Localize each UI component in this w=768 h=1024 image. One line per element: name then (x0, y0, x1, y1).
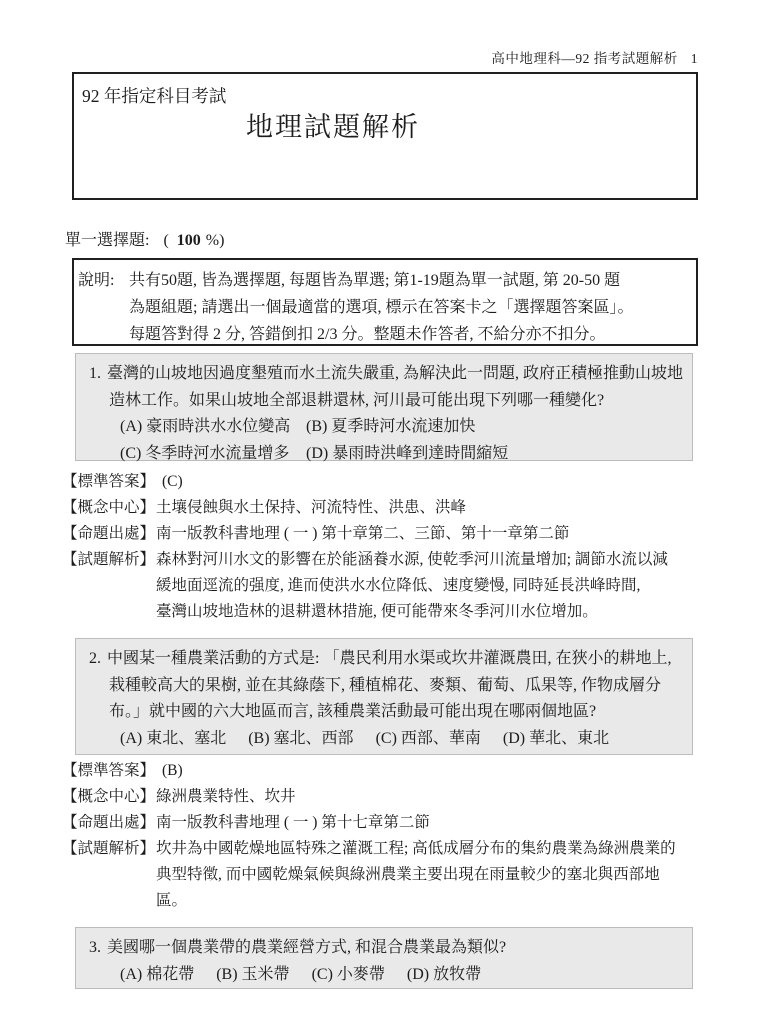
concept-label: 【概念中心】 (62, 784, 156, 810)
title-box: 92 年指定科目考試 地理試題解析 (72, 72, 698, 200)
question-2-text: 中國某一種農業活動的方式是: 「農民利用水渠或坎井灌溉農田, 在狹小的耕地上, (107, 650, 671, 667)
document-title: 地理試題解析 (246, 105, 420, 144)
question-1-line: 造林工作。如果山坡地全部退耕還林, 河川最可能出現下列哪一種變化? (76, 388, 692, 415)
analysis-line: 緩地面逕流的强度, 進而使洪水水位降低、速度變慢, 同時延長洪峰時間, (156, 573, 714, 599)
instructions-box: 說明: 共有50題, 皆為選擇題, 每題皆為單選; 第1-19題為單一試題, 第… (72, 258, 698, 346)
source-label: 【命題出處】 (62, 521, 156, 547)
source-value: 南一版教科書地理 ( 一 ) 第十七章第二節 (156, 810, 714, 836)
question-1: 1.臺灣的山坡地因過度墾殖而水土流失嚴重, 為解決此一問題, 政府正積極推動山坡… (75, 353, 693, 461)
analysis-row: 【試題解析】 森林對河川水文的影響在於能涵養水源, 使乾季河川流量增加; 調節水… (62, 547, 714, 625)
option-d: (D) 華北、東北 (503, 730, 609, 747)
question-2-options-row: (A) 東北、塞北(B) 塞北、西部(C) 西部、華南(D) 華北、東北 (76, 726, 692, 753)
page-number: 1 (691, 51, 698, 66)
question-3: 3.美國哪一個農業帶的農業經營方式, 和混合農業最為類似? (A) 棉花帶(B)… (75, 927, 693, 989)
running-header-title: 高中地理科—92 指考試題解析 (491, 51, 677, 66)
analysis-label: 【試題解析】 (62, 547, 156, 573)
concept-row: 【概念中心】 土壤侵蝕與水土保持、河流特性、洪患、洪峰 (62, 495, 714, 521)
instructions-label: 說明: (78, 267, 116, 294)
standard-answer-row: 【標準答案】 (B) (62, 758, 714, 784)
question-1-options-row: (C) 冬季時河水流量增多(D) 暴雨時洪峰到達時間縮短 (76, 441, 692, 468)
question-3-line: 3.美國哪一個農業帶的農業經營方式, 和混合農業最為類似? (76, 935, 692, 962)
option-c: (C) 冬季時河水流量增多 (120, 441, 306, 468)
concept-label: 【概念中心】 (62, 495, 156, 521)
question-3-text: 美國哪一個農業帶的農業經營方式, 和混合農業最為類似? (107, 939, 506, 956)
option-d: (D) 暴雨時洪峰到達時間縮短 (306, 445, 508, 462)
question-2-line: 2.中國某一種農業活動的方式是: 「農民利用水渠或坎井灌溉農田, 在狹小的耕地上… (76, 646, 692, 673)
option-a: (A) 東北、塞北 (120, 730, 226, 747)
option-c: (C) 小麥帶 (312, 966, 385, 983)
section-paren-close: %) (206, 232, 225, 249)
standard-answer-value: (B) (156, 758, 714, 784)
answer-block-2: 【標準答案】 (B) 【概念中心】 綠洲農業特性、坎井 【命題出處】 南一版教科… (62, 758, 714, 914)
concept-value: 土壤侵蝕與水土保持、河流特性、洪患、洪峰 (156, 495, 714, 521)
section-heading: 單一選擇題:(100%) (65, 227, 224, 250)
question-2-line: 布。」就中國的六大地區而言, 該種農業活動最可能出現在哪兩個地區? (76, 699, 692, 726)
analysis-line: 臺灣山坡地造林的退耕還林措施, 便可能帶來冬季河川水位增加。 (156, 599, 714, 625)
source-label: 【命題出處】 (62, 810, 156, 836)
document-page: 高中地理科—92 指考試題解析1 92 年指定科目考試 地理試題解析 單一選擇題… (0, 0, 768, 1024)
standard-answer-row: 【標準答案】 (C) (62, 469, 714, 495)
source-row: 【命題出處】 南一版教科書地理 ( 一 ) 第十七章第二節 (62, 810, 714, 836)
analysis-line: 森林對河川水文的影響在於能涵養水源, 使乾季河川流量增加; 調節水流以減 (156, 547, 714, 573)
question-1-line: 1.臺灣的山坡地因過度墾殖而水土流失嚴重, 為解決此一問題, 政府正積極推動山坡… (76, 361, 692, 388)
answer-block-1: 【標準答案】 (C) 【概念中心】 土壤侵蝕與水土保持、河流特性、洪患、洪峰 【… (62, 469, 714, 625)
analysis-line: 典型特徵, 而中國乾燥氣候與綠洲農業主要出現在雨量較少的塞北與西部地 (156, 862, 714, 888)
section-label: 單一選擇題: (65, 232, 149, 249)
section-score: 100 (177, 232, 201, 249)
question-2: 2.中國某一種農業活動的方式是: 「農民利用水渠或坎井灌溉農田, 在狹小的耕地上… (75, 638, 693, 755)
option-b: (B) 塞北、西部 (248, 730, 353, 747)
analysis-row: 【試題解析】 坎井為中國乾燥地區特殊之灌溉工程; 高低成層分布的集約農業為綠洲農… (62, 836, 714, 914)
option-a: (A) 豪雨時洪水水位變高 (120, 414, 306, 441)
analysis-line: 坎井為中國乾燥地區特殊之灌溉工程; 高低成層分布的集約農業為綠洲農業的 (156, 836, 714, 862)
option-b: (B) 夏季時河水流速加快 (306, 418, 475, 435)
concept-row: 【概念中心】 綠洲農業特性、坎井 (62, 784, 714, 810)
question-1-number: 1. (89, 365, 101, 382)
concept-value: 綠洲農業特性、坎井 (156, 784, 714, 810)
source-value: 南一版教科書地理 ( 一 ) 第十章第二、三節、第十一章第二節 (156, 521, 714, 547)
question-3-options-row: (A) 棉花帶(B) 玉米帶(C) 小麥帶(D) 放牧帶 (76, 962, 692, 989)
standard-answer-label: 【標準答案】 (62, 469, 156, 495)
option-c: (C) 西部、華南 (376, 730, 481, 747)
instructions-line: 共有50題, 皆為選擇題, 每題皆為單選; 第1-19題為單一試題, 第 20-… (129, 267, 688, 294)
analysis-label: 【試題解析】 (62, 836, 156, 862)
analysis-text: 森林對河川水文的影響在於能涵養水源, 使乾季河川流量增加; 調節水流以減 緩地面… (156, 547, 714, 625)
instructions-text: 共有50題, 皆為選擇題, 每題皆為單選; 第1-19題為單一試題, 第 20-… (129, 267, 688, 348)
option-d: (D) 放牧帶 (407, 966, 481, 983)
question-3-number: 3. (89, 939, 101, 956)
running-header: 高中地理科—92 指考試題解析1 (0, 47, 698, 67)
question-2-number: 2. (89, 650, 101, 667)
section-paren-open: ( (163, 232, 168, 249)
analysis-line: 區。 (156, 888, 714, 914)
instructions-line: 每題答對得 2 分, 答錯倒扣 2/3 分。整題未作答者, 不給分亦不扣分。 (129, 321, 688, 348)
option-a: (A) 棉花帶 (120, 966, 194, 983)
question-1-text: 臺灣的山坡地因過度墾殖而水土流失嚴重, 為解決此一問題, 政府正積極推動山坡地 (107, 365, 683, 382)
instructions-line: 為題組題; 請選出一個最適當的選項, 標示在答案卡之「選擇題答案區」。 (129, 294, 688, 321)
standard-answer-value: (C) (156, 469, 714, 495)
standard-answer-label: 【標準答案】 (62, 758, 156, 784)
question-2-line: 栽種較高大的果樹, 並在其綠蔭下, 種植棉花、麥類、葡萄、瓜果等, 作物成層分 (76, 673, 692, 700)
analysis-text: 坎井為中國乾燥地區特殊之灌溉工程; 高低成層分布的集約農業為綠洲農業的 典型特徵… (156, 836, 714, 914)
source-row: 【命題出處】 南一版教科書地理 ( 一 ) 第十章第二、三節、第十一章第二節 (62, 521, 714, 547)
question-1-options-row: (A) 豪雨時洪水水位變高(B) 夏季時河水流速加快 (76, 414, 692, 441)
option-b: (B) 玉米帶 (216, 966, 289, 983)
exam-name: 92 年指定科目考試 (82, 83, 226, 108)
